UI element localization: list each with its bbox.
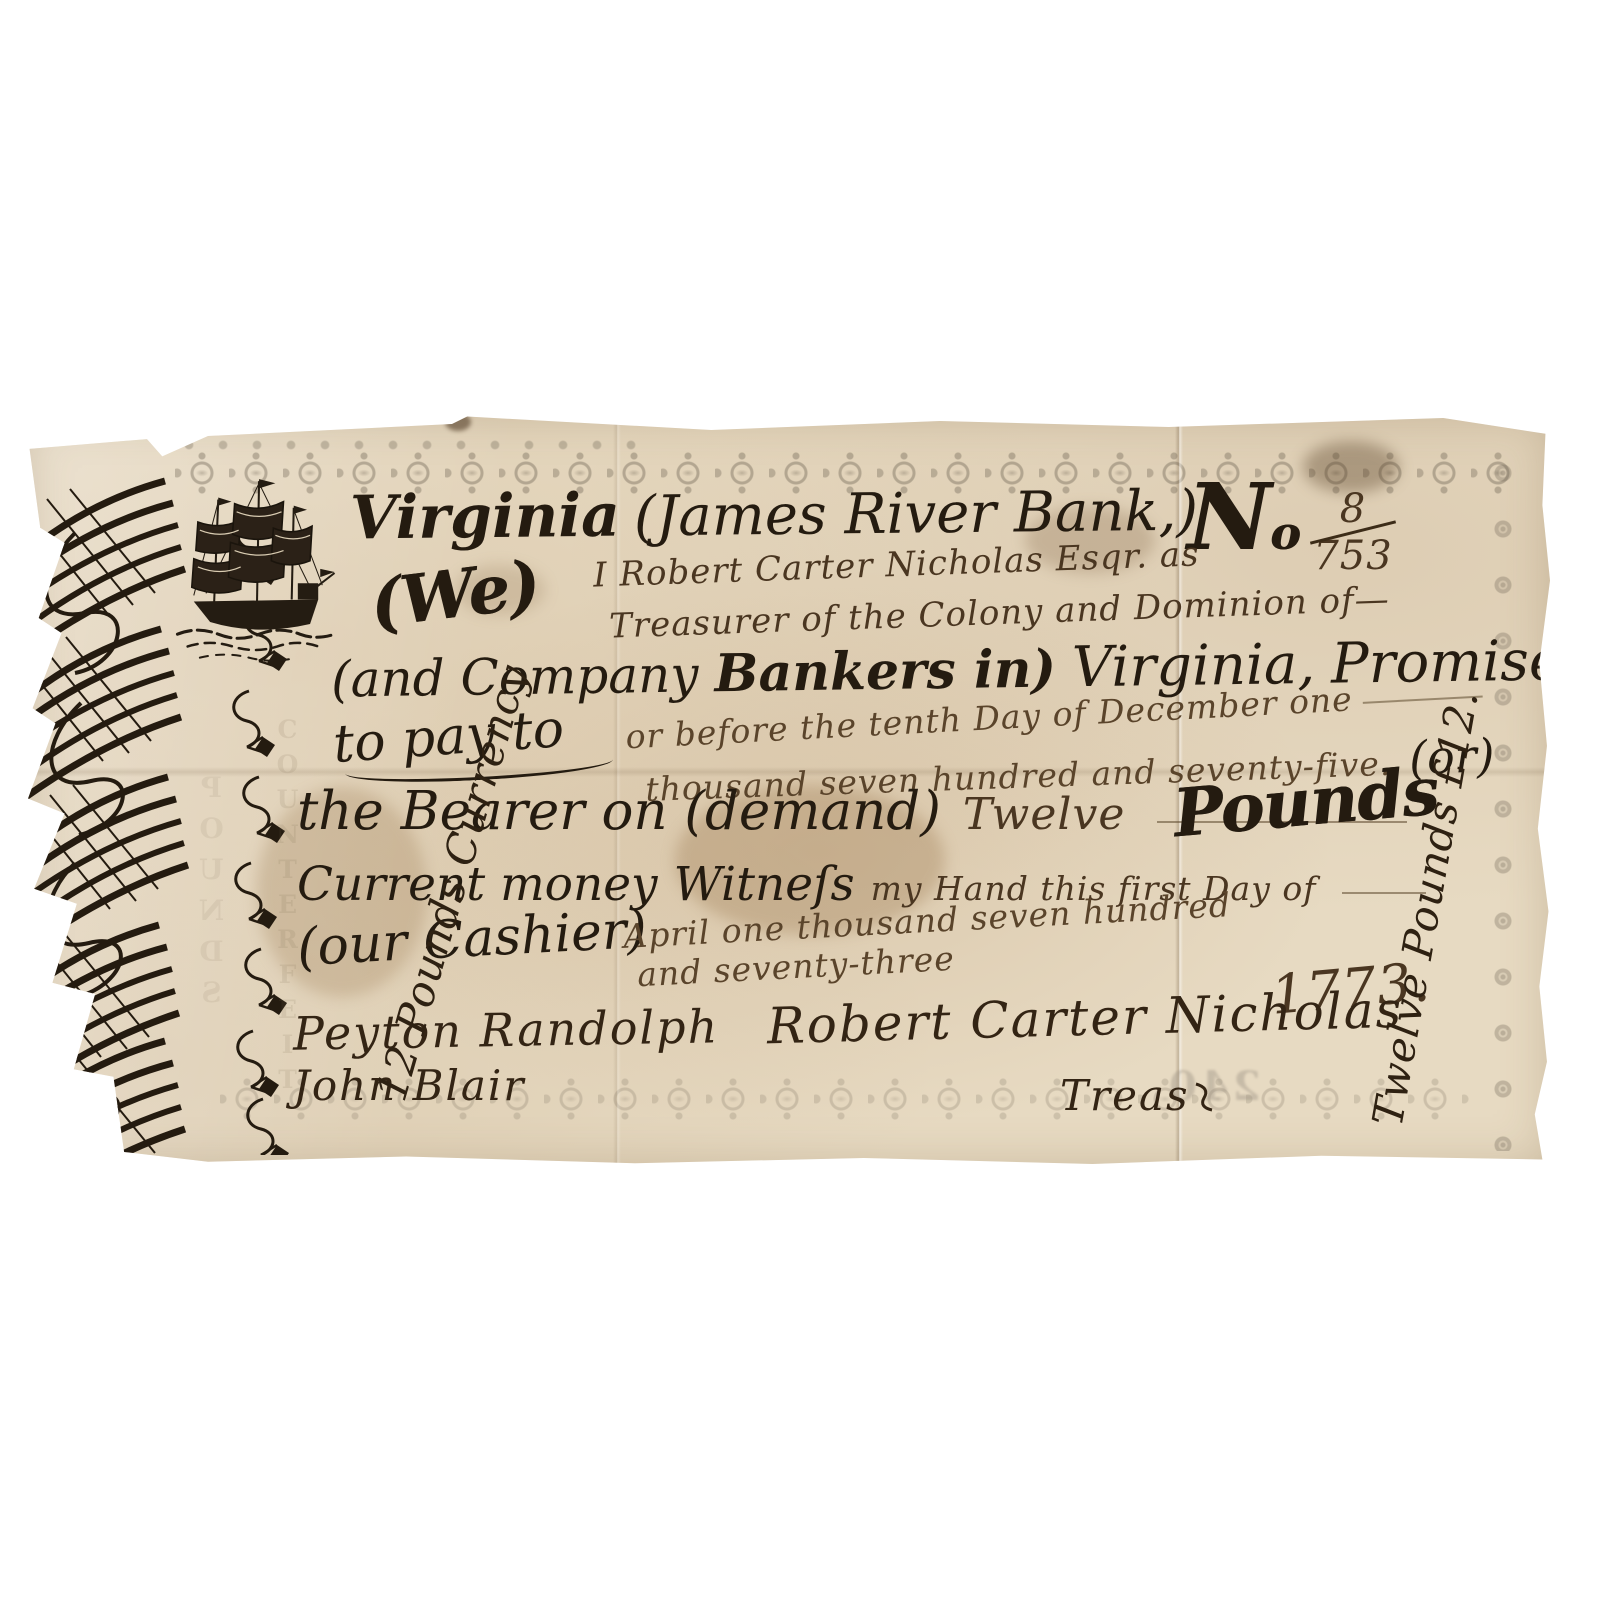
colony-name: Virginia [350,481,621,554]
embossed-pounds-text: POUNDS [195,771,228,1031]
stain-top-edge-speck [445,413,471,431]
banknote-document: COUNTERFEIT POUNDS 240 Virginia (James R… [25,415,1550,1167]
ornamental-border-right [1482,445,1524,1151]
we-word: (We) [366,545,543,643]
bearer-phrase: the Bearer on (demand) [297,781,941,842]
witness-word: Witneſs [674,857,855,912]
abbreviation-flourish [1190,1080,1216,1114]
treasurer-abbreviation-text: Treas [1060,1071,1190,1120]
amount-word: Twelve [963,789,1125,840]
sailing-ship-engraving [168,471,344,675]
serial-numerator: 8 [1340,489,1366,529]
signature-peyton-randolph: Peyton Randolph [293,999,720,1060]
number-label: No [1187,463,1300,571]
bankers-phrase: Bankers in) [714,638,1056,704]
serial-denominator: 753 [1313,536,1392,576]
serial-number: 8 753 [1309,489,1397,576]
photo-background: COUNTERFEIT POUNDS 240 Virginia (James R… [0,0,1600,1600]
treasurer-abbreviation: Treas [1060,1071,1216,1120]
signature-robert-carter-nicholas: Robert Carter Nicholas [766,981,1403,1056]
